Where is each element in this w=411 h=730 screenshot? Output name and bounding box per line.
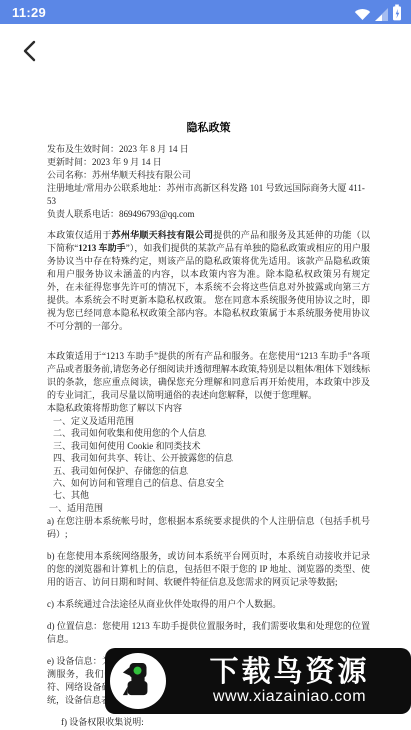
intro-pre: 本政策仅适用于 (47, 230, 112, 240)
intro-company-bold: 苏州华顺天科技有限公司 (112, 230, 214, 240)
watermark-url: www.xiazainiao.com (168, 688, 411, 706)
bird-logo-icon (110, 653, 166, 709)
intro-paragraph: 本政策仅适用于苏州华顺天科技有限公司提供的产品和服务及其延伸的功能（以下简称“1… (47, 229, 370, 333)
page-title: 隐私政策 (47, 122, 370, 135)
policy-meta-block: 发布及生效时间：2023 年 8 月 14 日 更新时间：2023 年 9 月 … (47, 143, 370, 221)
section1-item-b: b) 在您使用本系统网络服务，或访问本系统平台网页时，本系统自动接收并记录的您的… (47, 550, 370, 589)
table-of-contents: 一、定义及适用范围 二、我司如何收集和使用您的个人信息 三、我司如何使用 Coo… (47, 415, 370, 502)
wifi-icon (354, 7, 371, 21)
privacy-policy-document[interactable]: 隐私政策 发布及生效时间：2023 年 8 月 14 日 更新时间：2023 年… (0, 122, 411, 707)
intro-app-bold: 1213 车助手 (78, 243, 126, 253)
status-bar: 11:29 (0, 0, 411, 24)
watermark-title: 下载鸟资源 (168, 657, 411, 688)
back-button[interactable] (16, 36, 46, 66)
status-icons (354, 4, 402, 21)
cellular-signal-icon (375, 8, 388, 21)
intro-post: ”），如我们提供的某款产品有单独的隐私政策或相应的用户服务协议当中存在特殊约定，… (47, 243, 370, 331)
app-header (0, 24, 411, 78)
meta-line-company-name: 公司名称：苏州华顺天科技有限公司 (47, 169, 370, 182)
status-time: 11:29 (12, 5, 46, 20)
section1-item-c: c) 本系统通过合法途径从商业伙伴处取得的用户个人数据。 (47, 598, 370, 611)
meta-line-contact: 负责人联系电话：869496793@qq.com (47, 208, 370, 221)
toc-item-2: 二、我司如何收集和使用您的个人信息 (53, 427, 370, 439)
back-chevron-icon (18, 38, 44, 64)
section1-item-a: a) 在您注册本系统帐号时，您根据本系统要求提供的个人注册信息（包括手机号码）; (47, 515, 370, 541)
meta-line-address: 注册地址/常用办公联系地址：苏州市高新区科发路 101 号致远国际商务大厦 41… (47, 182, 370, 208)
section1-heading: 一、适用范围 (49, 502, 370, 515)
meta-line-effective-date: 发布及生效时间：2023 年 8 月 14 日 (47, 143, 370, 156)
battery-charging-icon (392, 4, 402, 21)
scope-paragraph: 本政策适用于“1213 车助手”提供的所有产品和服务。在您使用“1213 车助手… (47, 350, 370, 402)
watermark-text: 下载鸟资源 www.xiazainiao.com (168, 657, 411, 706)
section1-item-f: f) 设备权限收集说明: (61, 716, 144, 729)
watermark-banner: 下载鸟资源 www.xiazainiao.com (105, 648, 411, 714)
toc-item-5: 五、我司如何保护、存储您的信息 (53, 465, 370, 477)
toc-item-4: 四、我司如何共享、转让、公开披露您的信息 (53, 452, 370, 464)
toc-intro-line: 本隐私政策将帮助您了解以下内容 (47, 402, 370, 415)
toc-item-6: 六、如何访问和管理自己的信息、信息安全 (53, 477, 370, 489)
toc-item-3: 三、我司如何使用 Cookie 和同类技术 (53, 440, 370, 452)
toc-item-7: 七、其他 (53, 489, 370, 501)
toc-item-1: 一、定义及适用范围 (53, 415, 370, 427)
section1-item-d: d) 位置信息：您使用 1213 车助手提供位置服务时，我们需要收集和处理您的位… (47, 620, 370, 646)
meta-line-update-date: 更新时间：2023 年 9 月 14 日 (47, 156, 370, 169)
